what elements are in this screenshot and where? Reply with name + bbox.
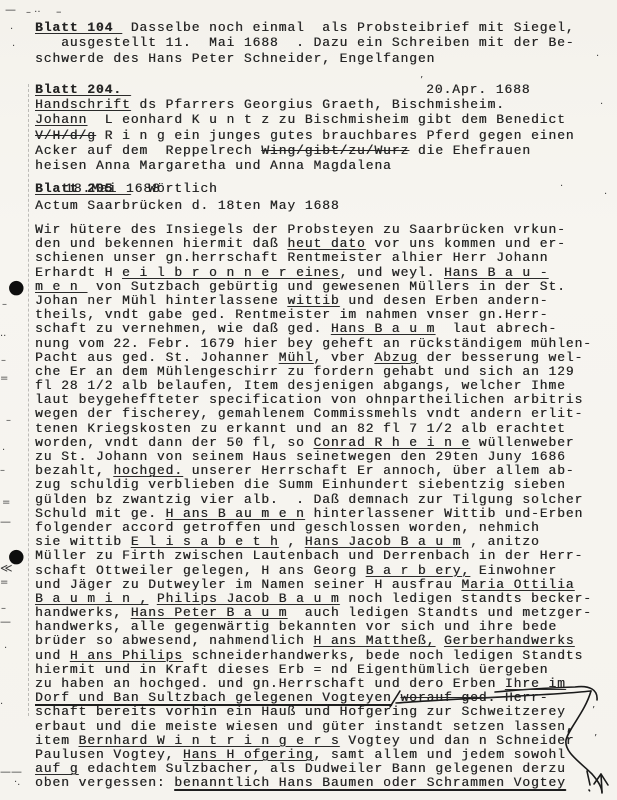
pen-mark: ·: [596, 52, 599, 62]
text-line: tenen Kriegskosten zu erkannt und an 82 …: [35, 422, 592, 436]
text-line: fl 28 1/2 alb belaufen, Item desjenigen …: [35, 379, 592, 393]
pen-mark: –: [0, 466, 5, 476]
text-run: fl 28 1/2 alb belaufen, Item desjenigen …: [35, 378, 566, 393]
text-line: schienen unser gn.herrschaft Rentmeister…: [35, 251, 592, 265]
underlined-text: Blatt 104: [35, 20, 122, 35]
pen-mark: ·: [10, 25, 13, 35]
pen-mark: ’: [420, 76, 423, 86]
text-run: und desen Erben andern-: [340, 293, 549, 308]
text-run: Johan ner Mühl hinterlassene: [35, 293, 287, 308]
text-run: item: [35, 733, 79, 748]
text-run: vor uns kommen und er-: [366, 236, 566, 251]
text-line: item Bernhard W i n t r i n g e r s Vogt…: [35, 734, 592, 748]
pen-stroke: [594, 774, 608, 785]
text-run: worden, vndt dann der 50 fl, so: [35, 435, 313, 450]
text-line: Pacht aus ged. St. Johanner Mühl, vber A…: [35, 351, 592, 365]
text-line: hiermit und in Kraft dieses Erb = nd Eig…: [35, 663, 592, 677]
text-run: hiermit und in Kraft dieses Erb = nd Eig…: [35, 662, 548, 677]
text-line: schaft zu vernehmen, wie daß ged. Hans B…: [35, 322, 592, 336]
pen-mark: =: [0, 374, 8, 384]
text-run: Wir hütere des Insiegels der Probsteyen …: [35, 222, 566, 237]
text-line: handwerks, Hans Peter B a u m auch ledig…: [35, 606, 592, 620]
text-run: schwerde des Hans Peter Schneider, Engel…: [35, 51, 435, 66]
text-line: laut beygeheffteter specification von oh…: [35, 393, 592, 407]
text-line: ausgestellt 11. Mai 1688 . Dazu ein Schr…: [35, 35, 574, 50]
ink-dot: ●: [8, 278, 25, 297]
pen-mark: ’: [592, 706, 595, 716]
pen-mark: –: [56, 6, 62, 17]
text-run: schaft Ottweiler gelegen, H ans Georg: [35, 563, 366, 578]
underlined-text: Mühl: [279, 350, 314, 365]
struck-text: Wing/gibt/zu/Wurz: [261, 143, 409, 158]
text-run: unserer Herrschaft Er annoch, über allem…: [183, 463, 575, 478]
text-run: , samt allem und jedem sowohl: [313, 747, 565, 762]
pen-mark: —: [5, 4, 16, 15]
text-run: wüllenweber: [470, 435, 574, 450]
pen-mark: ≪: [0, 562, 13, 574]
text-run: laut abrech-: [435, 321, 557, 336]
underlined-text: m e n: [35, 279, 87, 294]
text-run: schaft zu vernehmen, wie daß ged.: [35, 321, 331, 336]
text-line: folgender accord getroffen und geschloss…: [35, 521, 592, 535]
text-line: che Er an dem Mühlengeschirr zu fordern …: [35, 365, 592, 379]
text-run: R i n g ein junges gutes brauchbares Pfe…: [96, 128, 575, 143]
underlined-text: Hans H ofgering: [183, 747, 314, 762]
scanned-document-page: Blatt 104 Dasselbe noch einmal als Probs…: [0, 0, 617, 800]
underlined-text: e i l b r o n n e r eines: [122, 265, 340, 280]
underlined-text: Hans B a u m: [331, 321, 435, 336]
underlined-text: Bernhard W i n t r i n g e r s: [79, 733, 340, 748]
text-line: Paulusen Vogtey, Hans H ofgering, samt a…: [35, 748, 592, 762]
pen-stroke: [601, 774, 602, 792]
underlined-text: Hans Peter B a u m: [131, 605, 288, 620]
text-run: erbaut und die meiste wiesen und güter i…: [35, 719, 574, 734]
text-line: Blatt 204. 20.Apr. 1688: [35, 82, 575, 97]
text-line: zu haben an hochged. und gn.Herrschaft u…: [35, 677, 592, 691]
text-run: tenen Kriegskosten zu erkannt und an 82 …: [35, 421, 566, 436]
text-line: brüder so abwesend, nahmendlich H ans Ma…: [35, 634, 592, 648]
underlined-text: E l i s a b e t h: [131, 534, 279, 549]
pen-mark: ·: [604, 190, 607, 200]
text-line: schaft bereits vorhin ein Hauß und Hofge…: [35, 705, 592, 719]
text-line: V/H/d/g R i n g ein junges gutes brauchb…: [35, 128, 575, 143]
underlined-text: B a u m i n ,: [35, 591, 148, 606]
text-run: [435, 633, 444, 648]
text-run: zu St. Johann von seinem Haus seinetwege…: [35, 449, 566, 464]
text-run: heisen Anna Margaretha und Anna Magdalen…: [35, 158, 392, 173]
text-run: schaft bereits vorhin ein Hauß und Hofge…: [35, 704, 566, 719]
struck-text: worauf ged.: [400, 690, 496, 705]
text-run: Erhardt H: [35, 265, 122, 280]
text-line: Johann L eonhard K u n t z zu Bischmishe…: [35, 112, 575, 127]
text-run: [148, 591, 157, 606]
pen-mark: =: [2, 498, 10, 508]
text-line: Acker auf dem Reppelrech Wing/gibt/zu/Wu…: [35, 143, 575, 158]
text-run: hinterlassener Wittib und-Erben: [305, 506, 583, 521]
struck-text: V/H/d/g: [35, 128, 96, 143]
text-line: schwerde des Hans Peter Schneider, Engel…: [35, 51, 574, 66]
pen-mark: –: [1, 356, 6, 366]
text-run: handwerks, alle gegenwärtig bekannten vo…: [35, 619, 557, 634]
pen-mark: —: [0, 516, 11, 527]
text-run: L eonhard K u n t z zu Bischmisheim gibt…: [87, 112, 566, 127]
underlined-text: wittib: [287, 293, 339, 308]
underlined-text: benanntlich Hans Baumen oder Schrammen V…: [174, 775, 566, 790]
text-run: , und weyl.: [340, 265, 444, 280]
text-run: Paulusen Vogtey,: [35, 747, 183, 762]
text-run: Vogtey und dan n Schneider: [340, 733, 575, 748]
text-block-blatt-205: Blatt 205 Wörtlich18.Mai 1688: [35, 181, 218, 196]
text-run: ds Pfarrers Georgius Graeth, Bischmishei…: [131, 97, 505, 112]
text-run: von Sutzbach gebürtig und gewesenen Müll…: [87, 279, 566, 294]
text-run: die Ehefrauen: [409, 143, 531, 158]
pen-mark: ——: [0, 766, 22, 777]
text-line: schaft Ottweiler gelegen, H ans Georg B …: [35, 564, 592, 578]
underlined-text: Blatt 204.: [35, 82, 131, 97]
underlined-text: B a r b ery,: [366, 563, 470, 578]
pen-mark: ··: [0, 332, 6, 342]
text-line: Müller zu Firth zwischen Lautenbach und …: [35, 549, 592, 563]
underlined-text: Hans B a u -: [444, 265, 548, 280]
text-block-body: Wir hütere des Insiegels der Probsteyen …: [35, 223, 592, 791]
text-line: Handschrift ds Pfarrers Georgius Graeth,…: [35, 97, 575, 112]
underlined-text: Gerberhandwerks: [444, 633, 575, 648]
text-line: Actum Saarbrücken d. 18ten May 1688: [35, 198, 340, 213]
text-run: edachtem Sulzbacher, als Dudweiler Bann …: [79, 761, 566, 776]
text-run: wegen der fischerey, gemahlenem Commissm…: [35, 406, 583, 421]
date-right: 20.Apr. 1688: [426, 82, 530, 97]
text-run: oben vergessen:: [35, 775, 174, 790]
text-line: Wir hütere des Insiegels der Probsteyen …: [35, 223, 592, 237]
underlined-text: Dorf und Ban Sultzbach gelegenen Vogteye…: [35, 690, 392, 705]
text-run: ,: [279, 534, 305, 549]
text-run: der besserung wel-: [418, 350, 583, 365]
text-run: zu haben an hochged. und gn.Herrschaft u…: [35, 676, 505, 691]
underlined-text: Maria Ottilia: [461, 577, 574, 592]
pen-mark: =: [0, 578, 8, 588]
text-line: auf g edachtem Sulzbacher, als Dudweiler…: [35, 762, 592, 776]
text-run: und: [35, 648, 70, 663]
text-line: handwerks, alle gegenwärtig bekannten vo…: [35, 620, 592, 634]
text-line: m e n von Sutzbach gebürtig und gewesene…: [35, 280, 592, 294]
text-run: folgender accord getroffen und geschloss…: [35, 520, 540, 535]
text-run: schienen unser gn.herrschaft Rentmeister…: [35, 250, 548, 265]
text-line: heisen Anna Margaretha und Anna Magdalen…: [35, 158, 575, 173]
underlined-text: Conrad R h e i n e: [313, 435, 470, 450]
text-run: den und bekennen hiermit daß: [35, 236, 287, 251]
underlined-text: Abzug: [374, 350, 418, 365]
text-run: , vber: [313, 350, 374, 365]
text-line: und Jäger zu Dutweyler im Namen seiner H…: [35, 578, 592, 592]
pen-mark: ·: [2, 446, 5, 456]
text-line: sie wittib E l i s a b e t h , Hans Jaco…: [35, 535, 592, 549]
text-line: nung vom 22. Febr. 1679 hier bey geheft …: [35, 337, 592, 351]
underlined-text: H ans Mattheß,: [313, 633, 435, 648]
pen-mark: –: [2, 300, 7, 310]
text-line: Blatt 205 Wörtlich18.Mai 1688: [35, 181, 218, 196]
text-run: noch ledigen standts becker-: [340, 591, 592, 606]
text-run: und Jäger zu Dutweyler im Namen seiner H…: [35, 577, 461, 592]
text-run: handwerks,: [35, 605, 131, 620]
text-run: zug schuldig verblieben die Summ Einhund…: [35, 477, 566, 492]
underlined-text: H ans Philips: [70, 648, 183, 663]
text-run: theils, vndt gabe ged. Rentmeister im na…: [35, 307, 548, 322]
text-line: bezahlt, hochged. unserer Herrschaft Er …: [35, 464, 592, 478]
text-run: Herr-: [496, 690, 548, 705]
text-line: Johan ner Mühl hinterlassene wittib und …: [35, 294, 592, 308]
pen-mark: —: [0, 616, 11, 627]
underlined-text: auf g: [35, 761, 79, 776]
text-line: Schuld mit ge. H ans B au m e n hinterla…: [35, 507, 592, 521]
text-run: Dasselbe noch einmal als Probsteibrief m…: [122, 20, 574, 35]
text-run: che Er an dem Mühlengeschirr zu fordern …: [35, 364, 574, 379]
text-line: erbaut und die meiste wiesen und güter i…: [35, 720, 592, 734]
pen-mark: ·.: [14, 778, 20, 788]
text-run: gülden bz zwantzig vier alb. . Daß demna…: [35, 492, 583, 507]
underlined-text: Johann: [35, 112, 87, 127]
pen-mark: ·: [4, 644, 7, 654]
text-line: zu St. Johann von seinem Haus seinetwege…: [35, 450, 592, 464]
text-run: , anitzo: [461, 534, 539, 549]
text-line: und H ans Philips schneiderhandwerks, be…: [35, 649, 592, 663]
text-block-actum: Actum Saarbrücken d. 18ten May 1688: [35, 198, 340, 213]
text-run: Pacht aus ged. St. Johanner: [35, 350, 279, 365]
underlined-text: Philips Jacob B a u m: [157, 591, 340, 606]
pen-mark: –: [6, 416, 11, 426]
text-line: gülden bz zwantzig vier alb. . Daß demna…: [35, 493, 592, 507]
text-line: Erhardt H e i l b r o n n e r eines, und…: [35, 266, 592, 280]
text-run: bezahlt,: [35, 463, 113, 478]
pen-mark: – ··: [26, 8, 41, 18]
underlined-text: Ihre im: [505, 676, 566, 691]
text-run: Einwohner: [470, 563, 557, 578]
text-line: Dorf und Ban Sultzbach gelegenen Vogteye…: [35, 691, 592, 705]
text-run: auch ledigen Standts und metzger-: [287, 605, 592, 620]
text-line: oben vergessen: benanntlich Hans Baumen …: [35, 776, 592, 790]
underlined-text: Hans Jacob B a u m: [305, 534, 462, 549]
text-line: den und bekennen hiermit daß heut dato v…: [35, 237, 592, 251]
text-line: Blatt 104 Dasselbe noch einmal als Probs…: [35, 20, 574, 35]
text-block-blatt-104: Blatt 104 Dasselbe noch einmal als Probs…: [35, 20, 574, 66]
text-run: sie wittib: [35, 534, 131, 549]
pen-mark: –: [1, 604, 6, 614]
text-line: B a u m i n , Philips Jacob B a u m noch…: [35, 592, 592, 606]
text-run: ausgestellt 11. Mai 1688 . Dazu ein Schr…: [35, 35, 574, 50]
pen-mark: ·: [0, 700, 3, 710]
text-run: brüder so abwesend, nahmendlich: [35, 633, 313, 648]
text-run: schneiderhandwerks, bede noch ledigen St…: [183, 648, 583, 663]
text-run: Müller zu Firth zwischen Lautenbach und …: [35, 548, 583, 563]
text-line: wegen der fischerey, gemahlenem Commissm…: [35, 407, 592, 421]
underlined-text: Handschrift: [35, 97, 131, 112]
pen-mark: ·: [12, 42, 15, 52]
text-line: theils, vndt gabe ged. Rentmeister im na…: [35, 308, 592, 322]
underlined-text: H ans B au m e n: [166, 506, 305, 521]
text-block-blatt-204: Blatt 204. 20.Apr. 1688Handschrift ds Pf…: [35, 82, 575, 173]
text-run: Schuld mit ge.: [35, 506, 166, 521]
date-right: 18.Mai 1688: [65, 181, 161, 196]
paper-fold-line: [28, 84, 29, 716]
text-run: laut beygeheffteter specification von oh…: [35, 392, 583, 407]
underlined-text: heut dato: [287, 236, 365, 251]
underlined-text: hochged.: [113, 463, 183, 478]
text-run: Actum Saarbrücken d. 18ten May 1688: [35, 198, 340, 213]
text-line: worden, vndt dann der 50 fl, so Conrad R…: [35, 436, 592, 450]
text-line: zug schuldig verblieben die Summ Einhund…: [35, 478, 592, 492]
pen-mark: ·: [600, 100, 603, 110]
text-run: nung vom 22. Febr. 1679 hier bey geheft …: [35, 336, 592, 351]
text-run: Acker auf dem Reppelrech: [35, 143, 261, 158]
pen-mark: ·: [560, 182, 563, 192]
pen-mark: ’: [594, 734, 597, 744]
